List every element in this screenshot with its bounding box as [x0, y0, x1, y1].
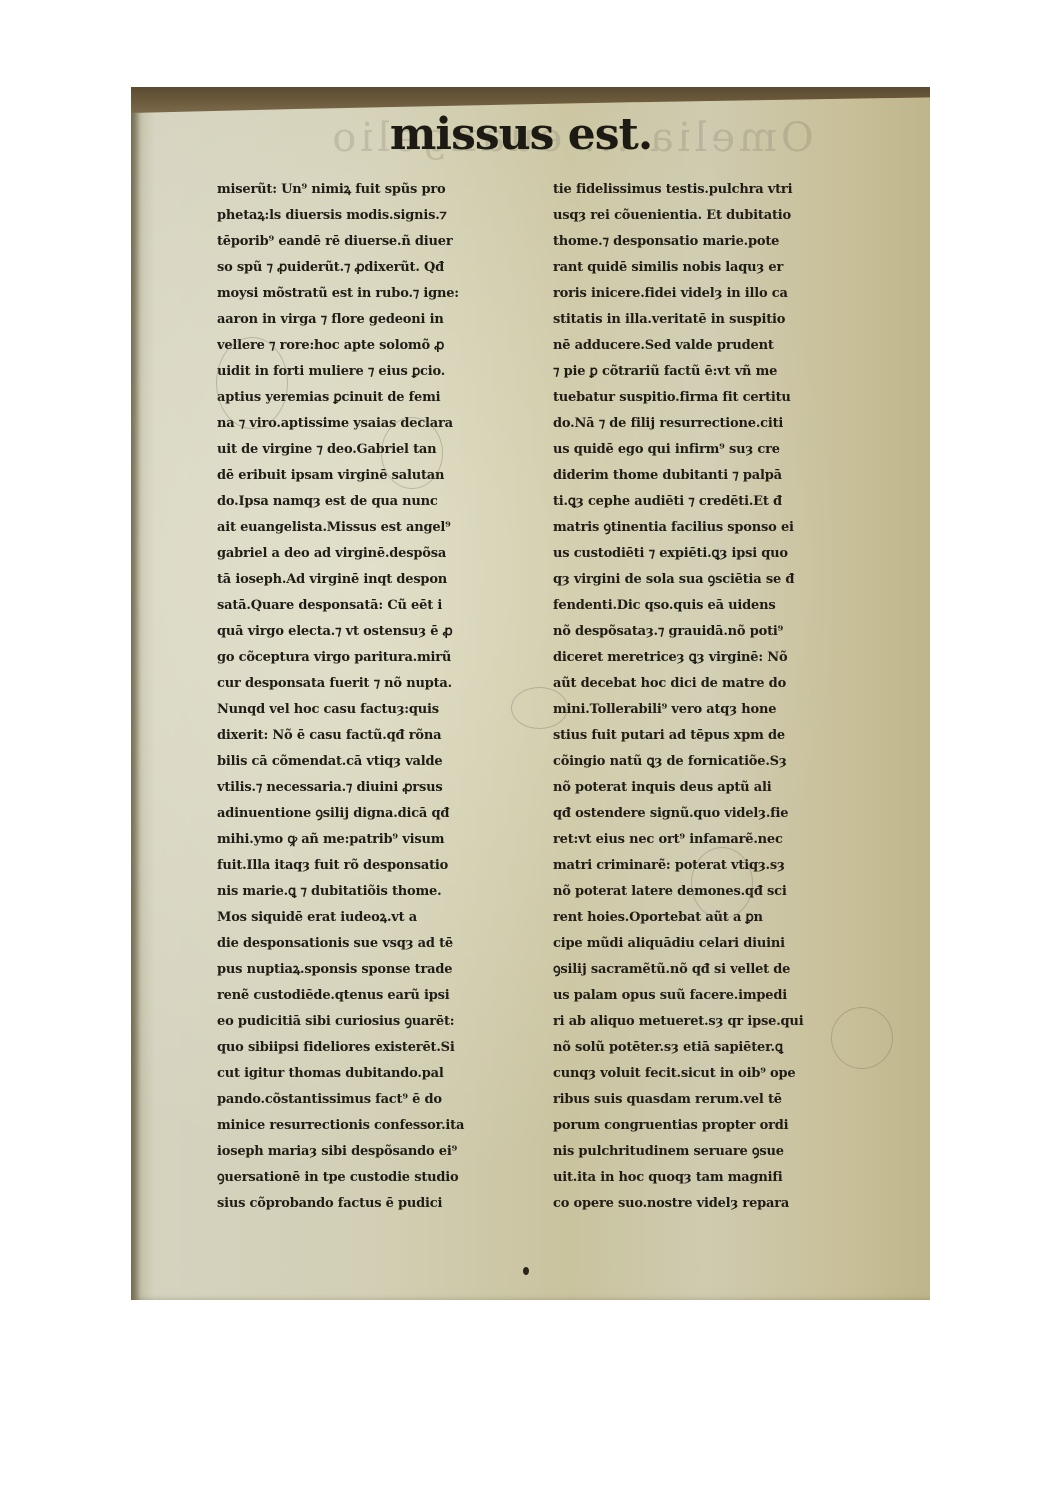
- text-line: us palam opus suũ facere.impedi: [553, 983, 879, 1009]
- text-line: eo pudicitiā sibi curiosius ꝯuarēt:: [217, 1009, 543, 1035]
- text-line: fendenti.Dic qso.quis eā uidens: [553, 593, 879, 619]
- text-line: co opere suo.nostre videlȝ repara: [553, 1191, 879, 1217]
- text-line: phetaꝝ:ls diuersis modis.signis.⁊: [217, 203, 543, 229]
- text-line: nõ despõsataȝ.⁊ grauidā.nõ poti⁹: [553, 619, 879, 645]
- text-line: ꝯsilĳ sacramẽtũ.nõ qđ si vellet de: [553, 957, 879, 983]
- pen-doodle: [831, 1007, 893, 1069]
- text-line: cur desponsata fuerit ⁊ nõ nupta.: [217, 671, 543, 697]
- text-line: sius cõprobando factus ē pudici: [217, 1191, 543, 1217]
- gutter-shadow: [131, 113, 141, 1300]
- running-head: missus est.: [131, 109, 911, 160]
- text-line: Mos siquidē erat iudeoꝝ.vt a: [217, 905, 543, 931]
- pen-doodle: [381, 417, 443, 489]
- text-line: moysi mõstratũ est in rubo.⁊ igne:: [217, 281, 543, 307]
- text-line: so spũ ⁊ ꝓuiderũt.⁊ ꝓdixerũt. Qđ: [217, 255, 543, 281]
- text-line: go cõceptura virgo paritura.mirũ: [217, 645, 543, 671]
- text-line: uit de virgine ⁊ deo.Gabriel tan: [217, 437, 543, 463]
- text-line: aũt decebat hoc dici de matre do: [553, 671, 879, 697]
- text-line: uit.ita in hoc quoqȝ tam magnifi: [553, 1165, 879, 1191]
- text-line: diceret meretriceȝ ꝗȝ virginē: Nõ: [553, 645, 879, 671]
- text-line: tēporib⁹ eandē rē diuerse.ñ diuer: [217, 229, 543, 255]
- text-line: Nunqd vel hoc casu factuȝ:quis: [217, 697, 543, 723]
- text-line: stitatis in illa.veritatē in suspitio: [553, 307, 879, 333]
- pen-doodle: [511, 687, 568, 729]
- text-line: bilis cā cõmendat.cā vtiqȝ valde: [217, 749, 543, 775]
- left-text-column: miserũt: Un⁹ nimiꝝ fuit spũs prophetaꝝ:l…: [217, 177, 543, 1217]
- scanned-page: Omelia ... euangelio missus est. miserũt…: [131, 87, 930, 1300]
- text-line: ⁊ pie ꝑ cõtrariũ factũ ē:vt vñ me: [553, 359, 879, 385]
- text-line: rant quidē similis nobis laquȝ er: [553, 255, 879, 281]
- text-line: porum congruentias propter ordi: [553, 1113, 879, 1139]
- text-line: tuebatur suspitio.firma fit certitu: [553, 385, 879, 411]
- text-line: gabriel a deo ad virginē.despõsa: [217, 541, 543, 567]
- text-line: dixerit: Nõ ē casu factũ.qđ rõna: [217, 723, 543, 749]
- text-line: cõingio natũ ꝗȝ de fornicatiõe.Sȝ: [553, 749, 879, 775]
- right-text-column: tie fidelissimus testis.pulchra vtriusqȝ…: [553, 177, 879, 1217]
- text-line: stius fuit putari ad tēpus xpm de: [553, 723, 879, 749]
- text-line: cunqȝ voluit fecit.sicut in oib⁹ ope: [553, 1061, 879, 1087]
- text-line: vtilis.⁊ necessaria.⁊ diuini ꝓrsus: [217, 775, 543, 801]
- text-line: cipe mũdi aliquādiu celari diuini: [553, 931, 879, 957]
- text-line: cut igitur thomas dubitando.pal: [217, 1061, 543, 1087]
- text-line: aaron in virga ⁊ flore gedeoni in: [217, 307, 543, 333]
- text-line: ri ab aliquo metueret.sȝ qr ipse.qui: [553, 1009, 879, 1035]
- text-line: quā virgo electa.⁊ vt ostensuȝ ē ꝓ: [217, 619, 543, 645]
- text-line: ioseph mariaȝ sibi despõsando ei⁹: [217, 1139, 543, 1165]
- text-line: diderim thome dubitanti ⁊ palpā: [553, 463, 879, 489]
- text-line: nē adducere.Sed valde prudent: [553, 333, 879, 359]
- text-line: die desponsationis sue vsqȝ ad tē: [217, 931, 543, 957]
- text-line: fuit.Illa itaqȝ fuit rõ desponsatio: [217, 853, 543, 879]
- text-line: tā ioseph.Ad virginē inqt despon: [217, 567, 543, 593]
- text-line: minice resurrectionis confessor.ita: [217, 1113, 543, 1139]
- text-line: qȝ virgini de sola sua ꝯsciētia se đ: [553, 567, 879, 593]
- text-line: matris ꝯtinentia facilius sponso ei: [553, 515, 879, 541]
- text-line: nõ poterat inquis deus aptũ ali: [553, 775, 879, 801]
- text-line: dē eribuit ipsam virginē salutan: [217, 463, 543, 489]
- text-line: us quidē ego qui infirm⁹ suȝ cre: [553, 437, 879, 463]
- text-line: thome.⁊ desponsatio marie.pote: [553, 229, 879, 255]
- text-line: qđ ostendere signũ.quo videlȝ.fie: [553, 801, 879, 827]
- text-line: do.Nā ⁊ de filĳ resurrectione.citi: [553, 411, 879, 437]
- text-line: nis marie.ꝗ ⁊ dubitatiõis thome.: [217, 879, 543, 905]
- text-line: do.Ipsa namqȝ est de qua nunc: [217, 489, 543, 515]
- text-line: pando.cõstantissimus fact⁹ ē do: [217, 1087, 543, 1113]
- text-line: ti.ꝗȝ cephe audiēti ⁊ credēti.Et đ: [553, 489, 879, 515]
- text-line: mini.Tollerabili⁹ vero atqȝ hone: [553, 697, 879, 723]
- text-line: roris inicere.fidei videlȝ in illo ca: [553, 281, 879, 307]
- text-line: satā.Quare desponsatā: Cũ eēt i: [217, 593, 543, 619]
- text-line: nis pulchritudinem seruare ꝯsue: [553, 1139, 879, 1165]
- text-line: ait euangelista.Missus est angel⁹: [217, 515, 543, 541]
- signature-mark: [523, 1267, 529, 1275]
- text-line: us custodiēti ⁊ expiēti.ꝗȝ ipsi quo: [553, 541, 879, 567]
- pen-doodle: [691, 847, 753, 919]
- text-line: ribus suis quasdam rerum.vel tē: [553, 1087, 879, 1113]
- text-line: usqȝ rei cõuenientia. Et dubitatio: [553, 203, 879, 229]
- text-line: miserũt: Un⁹ nimiꝝ fuit spũs pro: [217, 177, 543, 203]
- text-line: pus nuptiaꝝ.sponsis sponse trade: [217, 957, 543, 983]
- text-line: renẽ custodiēde.qtenus earũ ipsi: [217, 983, 543, 1009]
- text-line: quo sibiipsi fideliores existerēt.Si: [217, 1035, 543, 1061]
- pen-doodle: [216, 337, 288, 429]
- text-line: tie fidelissimus testis.pulchra vtri: [553, 177, 879, 203]
- text-line: ꝯuersationē in tpe custodie studio: [217, 1165, 543, 1191]
- text-line: mihi.ymo ꝙ añ me:patrib⁹ visum: [217, 827, 543, 853]
- text-line: adinuentione ꝯsilĳ digna.dicā qđ: [217, 801, 543, 827]
